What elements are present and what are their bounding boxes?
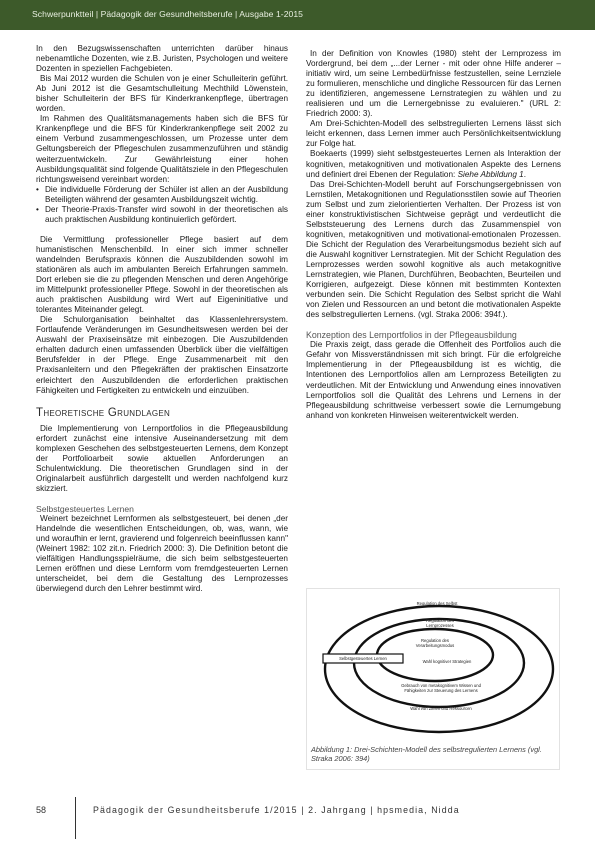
svg-text:Verarbeitungsmodus: Verarbeitungsmodus <box>416 643 454 648</box>
page-number: 58 <box>36 805 46 815</box>
paragraph: Weinert bezeichnet Lernformen als selbst… <box>36 514 288 594</box>
figure-caption: Abbildung 1: Drei-Schichten-Modell des s… <box>311 745 555 763</box>
left-column: In den Bezugswissenschaften unterrichten… <box>36 44 288 594</box>
subsection-heading: Selbstgesteuertes Lernen <box>36 504 288 514</box>
svg-text:Wahl von Zielen und Ressourcen: Wahl von Zielen und Ressourcen <box>410 706 472 711</box>
svg-text:Wahl kognitiver Strategien: Wahl kognitiver Strategien <box>423 659 472 664</box>
running-header-title: Schwerpunktteil | Pädagogik der Gesundhe… <box>32 9 303 19</box>
footer-publication: Pädagogik der Gesundheitsberufe 1/2015 |… <box>93 805 460 815</box>
right-column: In der Definition von Knowles (1980) ste… <box>306 49 561 421</box>
paragraph: Die Praxis zeigt, dass gerade die Offenh… <box>306 340 561 420</box>
figure-reference: Siehe Abbildung 1 <box>458 170 524 179</box>
section-heading: Theoretische Grundlagen <box>36 408 288 418</box>
paragraph: Die Vermittlung professioneller Pflege b… <box>36 235 288 315</box>
concentric-ellipses-diagram: Regulation des Selbst Regulation des Ler… <box>307 589 559 749</box>
running-header-band: Schwerpunktteil | Pädagogik der Gesundhe… <box>0 0 595 30</box>
paragraph: Bis Mai 2012 wurden die Schulen von je e… <box>36 74 288 114</box>
subsection-heading: Konzeption des Lernportfolios in der Pfl… <box>306 330 561 340</box>
paragraph: Im Rahmen des Qualitätsmanagements haben… <box>36 114 288 184</box>
svg-text:Regulation des Selbst: Regulation des Selbst <box>417 601 459 606</box>
svg-text:Lernprozesses: Lernprozesses <box>426 623 453 628</box>
svg-text:Selbstgesteuertes Lernen: Selbstgesteuertes Lernen <box>339 656 387 661</box>
svg-text:Fähigkeiten zur Steuerung des: Fähigkeiten zur Steuerung des Lernens <box>404 688 477 693</box>
bullet-item: Der Theorie-Praxis-Transfer wird sowohl … <box>36 205 288 225</box>
paragraph: Boekaerts (1999) sieht selbstgesteuertes… <box>306 149 561 179</box>
bullet-item: Die individuelle Förderung der Schüler i… <box>36 185 288 205</box>
paragraph: Die Schulorganisation beinhaltet das Kla… <box>36 315 288 395</box>
paragraph: Die Implementierung von Lernportfolios i… <box>36 424 288 494</box>
paragraph: In den Bezugswissenschaften unterrichten… <box>36 44 288 74</box>
paragraph: Das Drei-Schichten-Modell beruht auf For… <box>306 180 561 321</box>
footer-divider <box>75 797 76 839</box>
paragraph: Am Drei-Schichten-Modell des selbstregul… <box>306 119 561 149</box>
paragraph: In der Definition von Knowles (1980) ste… <box>306 49 561 119</box>
bullet-list: Die individuelle Förderung der Schüler i… <box>36 185 288 225</box>
three-layer-model-figure: Regulation des Selbst Regulation des Ler… <box>306 588 560 770</box>
